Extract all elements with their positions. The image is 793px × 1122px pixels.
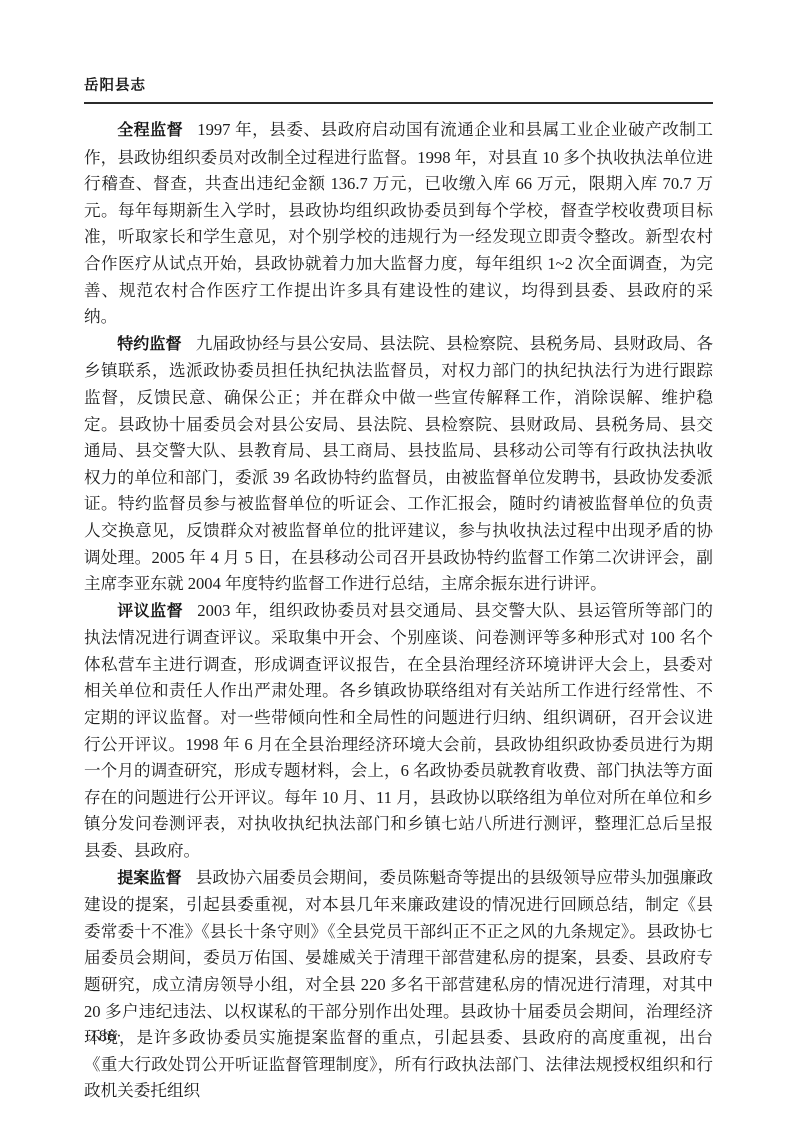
paragraph-text: 2003 年，组织政协委员对县交通局、县交警大队、县运管所等部门的执法情况进行调…: [84, 601, 713, 860]
paragraph-text: 1997 年，县委、县政府启动国有流通企业和县属工业企业破产改制工作，县政协组织…: [84, 120, 713, 326]
running-header: 岳阳县志: [84, 74, 713, 104]
paragraph-quancheng-jiandu: 全程监督1997 年，县委、县政府启动国有流通企业和县属工业企业破产改制工作，县…: [84, 117, 713, 331]
page-number: ·186·: [84, 1028, 123, 1046]
paragraph-lead-term: 提案监督: [117, 870, 181, 887]
paragraph-lead-term: 全程监督: [117, 122, 183, 139]
paragraph-teyue-jiandu: 特约监督九届政协经与县公安局、县法院、县检察院、县税务局、县财政局、各乡镇联系，…: [84, 331, 713, 598]
paragraph-pingyi-jiandu: 评议监督2003 年，组织政协委员对县交通局、县交警大队、县运管所等部门的执法情…: [84, 598, 713, 865]
paragraph-text: 九届政协经与县公安局、县法院、县检察院、县税务局、县财政局、各乡镇联系，选派政协…: [84, 334, 713, 593]
paragraph-lead-term: 特约监督: [117, 336, 181, 353]
paragraph-tian-jiandu: 提案监督县政协六届委员会期间，委员陈魁奇等提出的县级领导应带头加强廉政建设的提案…: [84, 865, 713, 1105]
page-body: 全程监督1997 年，县委、县政府启动国有流通企业和县属工业企业破产改制工作，县…: [84, 117, 713, 1105]
book-title: 岳阳县志: [84, 74, 713, 95]
paragraph-text: 县政协六届委员会期间，委员陈魁奇等提出的县级领导应带头加强廉政建设的提案，引起县…: [84, 868, 713, 1101]
book-page: 岳阳县志 全程监督1997 年，县委、县政府启动国有流通企业和县属工业企业破产改…: [0, 0, 793, 1122]
paragraph-lead-term: 评议监督: [117, 603, 183, 620]
header-rule: [84, 102, 713, 104]
